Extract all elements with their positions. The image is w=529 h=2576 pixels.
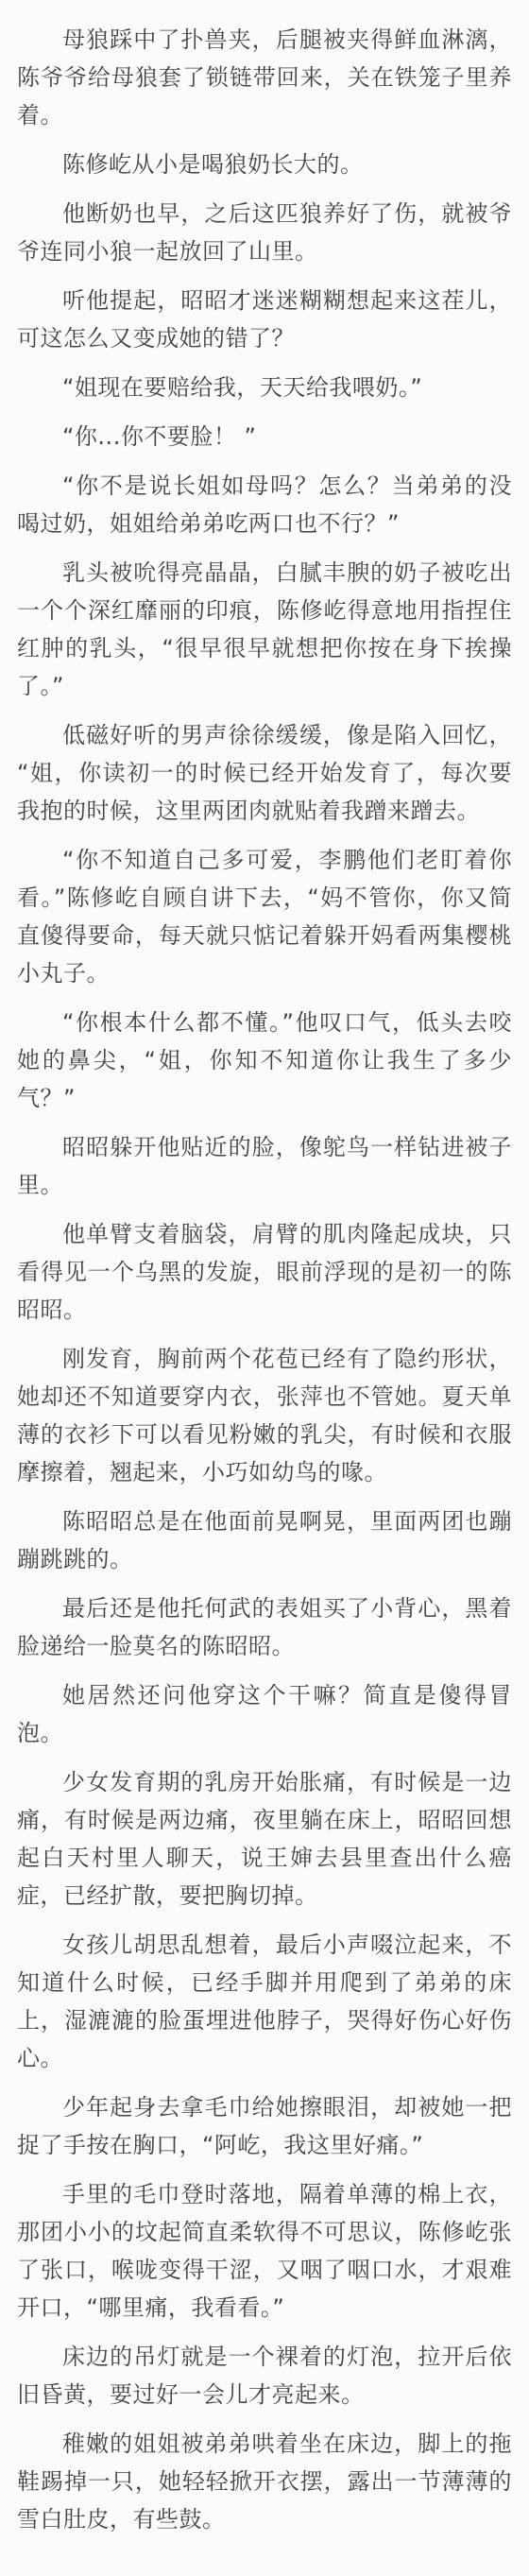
- novel-text-area[interactable]: 母狼踩中了扑兽夹，后腿被夹得鲜血淋漓，陈爷爷给母狼套了锁链带回来，关在铁笼子里养…: [17, 21, 512, 2538]
- novel-paragraph: “你不知道自己多可爱，李鹏他们老盯着你看。”陈修屹自顾自讲下去，“妈不管你，你又…: [17, 841, 512, 992]
- novel-paragraph: 最后还是他托何武的表姐买了小背心，黑着脸递给一脸莫名的陈昭昭。: [17, 1589, 512, 1665]
- novel-paragraph: 陈昭昭总是在他面前晃啊晃，里面两团也蹦蹦跳跳的。: [17, 1503, 512, 1578]
- novel-paragraph: 陈修屹从小是喝狼奶长大的。: [17, 146, 512, 183]
- novel-paragraph: 她居然还问他穿这个干嘛？简直是傻得冒泡。: [17, 1676, 512, 1752]
- novel-paragraph: 刚发育，胸前两个花苞已经有了隐约形状，她却还不知道要穿内衣，张萍也不管她。夏天单…: [17, 1340, 512, 1491]
- novel-paragraph: 床边的吊灯就是一个裸着的灯泡，拉开后依旧昏黄，要过好一会儿才亮起来。: [17, 2338, 512, 2413]
- novel-paragraph: “你...你不要脸！ ”: [17, 418, 512, 455]
- novel-paragraph: 母狼踩中了扑兽夹，后腿被夹得鲜血淋漓，陈爷爷给母狼套了锁链带回来，关在铁笼子里养…: [17, 21, 512, 134]
- novel-reader-page: 母狼踩中了扑兽夹，后腿被夹得鲜血淋漓，陈爷爷给母狼套了锁链带回来，关在铁笼子里养…: [0, 0, 529, 2576]
- novel-paragraph: 低磁好听的男声徐徐缓缓，像是陷入回忆，“姐，你读初一的时候已经开始发育了，每次要…: [17, 716, 512, 830]
- novel-paragraph: 稚嫩的姐姐被弟弟哄着坐在床边，脚上的拖鞋踢掉一只，她轻轻掀开衣摆，露出一节薄薄的…: [17, 2425, 512, 2538]
- novel-paragraph: 少女发育期的乳房开始胀痛，有时候是一边痛，有时候是两边痛，夜里躺在床上，昭昭回想…: [17, 1763, 512, 1915]
- novel-paragraph: 听他提起，昭昭才迷迷糊糊想起来这茬儿，可这怎么又变成她的错了？: [17, 282, 512, 357]
- novel-paragraph: 他断奶也早，之后这匹狼养好了伤，就被爷爷连同小狼一起放回了山里。: [17, 195, 512, 270]
- novel-paragraph: 昭昭躲开他贴近的脸，像鸵鸟一样钻进被子里。: [17, 1128, 512, 1204]
- novel-paragraph: 少年起身去拿毛巾给她擦眼泪，却被她一把捉了手按在胸口，“阿屹，我这里好痛。”: [17, 2088, 512, 2164]
- novel-paragraph: 他单臂支着脑袋，肩臂的肌肉隆起成块，只看得见一个乌黑的发旋，眼前浮现的是初一的陈…: [17, 1215, 512, 1329]
- novel-paragraph: 手里的毛巾登时落地，隔着单薄的棉上衣，那团小小的坟起简直柔软得不可思议，陈修屹张…: [17, 2175, 512, 2327]
- novel-paragraph: “你根本什么都不懂。”他叹口气，低头去咬她的鼻尖，“姐，你知不知道你让我生了多少…: [17, 1004, 512, 1117]
- novel-paragraph: “姐现在要赔给我，天天给我喂奶。”: [17, 369, 512, 406]
- novel-paragraph: 女孩儿胡思乱想着，最后小声啜泣起来，不知道什么时候，已经手脚并用爬到了弟弟的床上…: [17, 1926, 512, 2077]
- novel-paragraph: “你不是说长姐如母吗？怎么？当弟弟的没喝过奶，姐姐给弟弟吃两口也不行？”: [17, 467, 512, 542]
- novel-paragraph: 乳头被吮得亮晶晶，白腻丰腴的奶子被吃出一个个深红靡丽的印痕，陈修屹得意地用指捏住…: [17, 554, 512, 705]
